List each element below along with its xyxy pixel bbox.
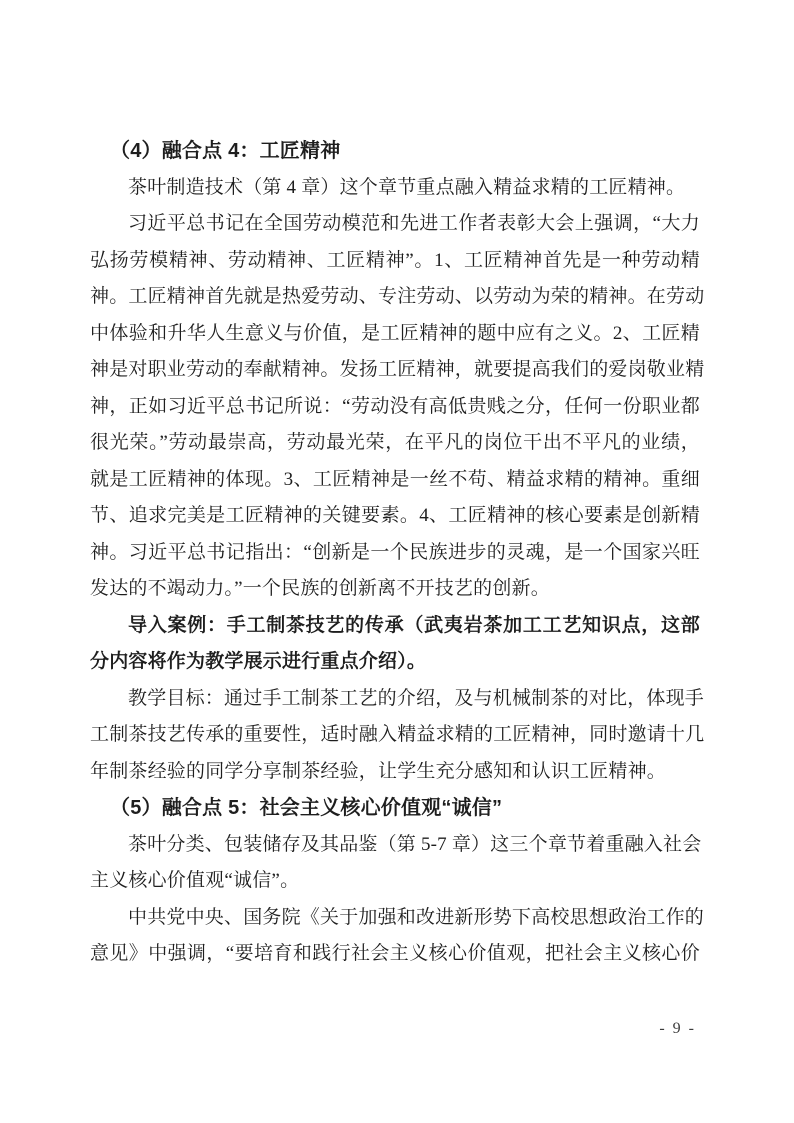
- text-line: 导入案例：手工制茶技艺的传承（武夷岩茶加工工艺知识点，这部: [90, 608, 700, 645]
- text-line: 年制茶经验的同学分享制茶经验，让学生充分感知和认识工匠精神。: [90, 754, 700, 791]
- text-line: 工制茶技艺传承的重要性，适时融入精益求精的工匠精神，同时邀请十几: [90, 717, 700, 754]
- heading-line: （5）融合点 5：社会主义核心价值观“诚信”: [90, 790, 700, 827]
- text-line: 分内容将作为教学展示进行重点介绍）。: [90, 644, 700, 681]
- text-block: （4）融合点 4：工匠精神茶叶制造技术（第 4 章）这个章节重点融入精益求精的工…: [90, 133, 700, 973]
- text-line: 神。习近平总书记指出：“创新是一个民族进步的灵魂，是一个国家兴旺: [90, 535, 700, 572]
- text-line: 发达的不竭动力。”一个民族的创新离不开技艺的创新。: [90, 571, 700, 608]
- text-line: 弘扬劳模精神、劳动精神、工匠精神”。1、工匠精神首先是一种劳动精: [90, 243, 700, 280]
- heading-line: （4）融合点 4：工匠精神: [90, 133, 700, 170]
- page-footer: - 9 -: [90, 1018, 696, 1040]
- page-number: - 9 -: [659, 1020, 696, 1037]
- text-line: 教学目标：通过手工制茶工艺的介绍，及与机械制茶的对比，体现手: [90, 681, 700, 718]
- text-line: 习近平总书记在全国劳动模范和先进工作者表彰大会上强调，“大力: [90, 206, 700, 243]
- text-line: 神是对职业劳动的奉献精神。发扬工匠精神，就要提高我们的爱岗敬业精: [90, 352, 700, 389]
- document-page: （4）融合点 4：工匠精神茶叶制造技术（第 4 章）这个章节重点融入精益求精的工…: [0, 0, 794, 1123]
- text-line: 很光荣。”劳动最崇高，劳动最光荣，在平凡的岗位干出不平凡的业绩，: [90, 425, 700, 462]
- text-line: 就是工匠精神的体现。3、工匠精神是一丝不苟、精益求精的精神。重细: [90, 462, 700, 499]
- text-line: 意见》中强调，“要培育和践行社会主义核心价值观，把社会主义核心价: [90, 936, 700, 973]
- text-line: 神，正如习近平总书记所说：“劳动没有高低贵贱之分，任何一份职业都: [90, 389, 700, 426]
- text-line: 主义核心价值观“诚信”。: [90, 863, 700, 900]
- text-line: 中体验和升华人生意义与价值，是工匠精神的题中应有之义。2、工匠精: [90, 316, 700, 353]
- text-line: 茶叶制造技术（第 4 章）这个章节重点融入精益求精的工匠精神。: [90, 170, 700, 207]
- text-line: 中共党中央、国务院《关于加强和改进新形势下高校思想政治工作的: [90, 900, 700, 937]
- text-line: 茶叶分类、包装储存及其品鉴（第 5-7 章）这三个章节着重融入社会: [90, 827, 700, 864]
- text-line: 节、追求完美是工匠精神的关键要素。4、工匠精神的核心要素是创新精: [90, 498, 700, 535]
- text-line: 神。工匠精神首先就是热爱劳动、专注劳动、以劳动为荣的精神。在劳动: [90, 279, 700, 316]
